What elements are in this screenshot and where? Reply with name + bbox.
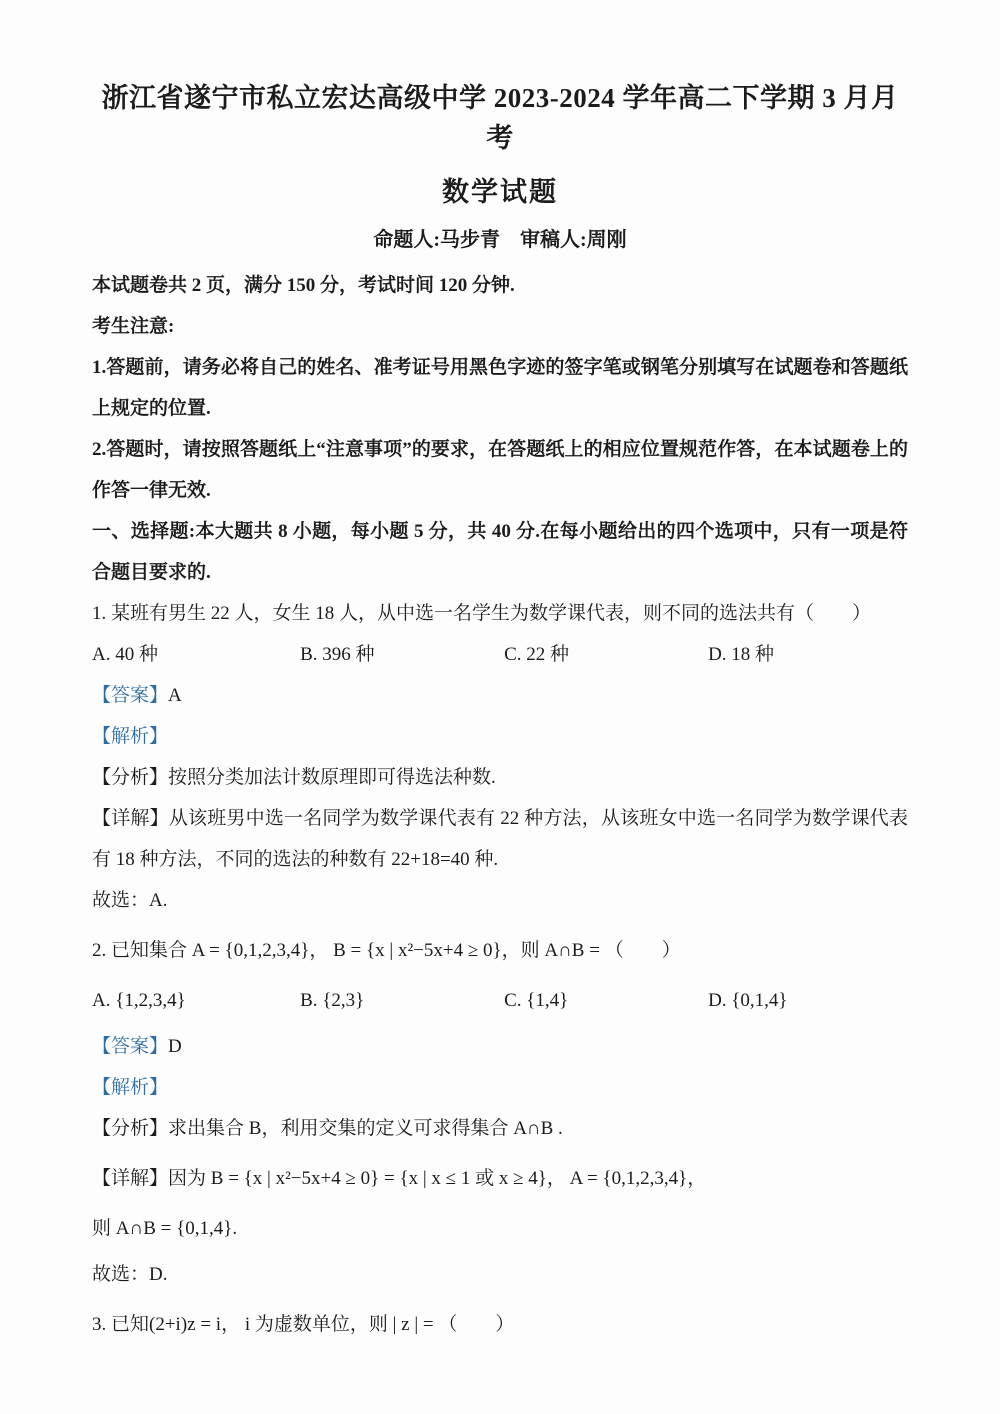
question-1-detail-line: 【详解】从该班男中选一名同学为数学课代表有 22 种方法，从该班女中选一名同学为… (92, 798, 908, 880)
question-1-option-b: B. 396 种 (300, 634, 504, 675)
xiangjie-label: 【详解】 (92, 1168, 168, 1189)
question-2-option-c: C. {1,4} (504, 980, 708, 1021)
question-1-fenxi-text: 按照分类加法计数原理即可得选法种数. (168, 767, 496, 788)
question-3-stem: 3. 已知(2+i)z = i， i 为虚数单位，则 | z | = （ ） (92, 1304, 908, 1345)
question-2-option-b: B. {2,3} (300, 980, 504, 1021)
question-1-fenxi-line: 【分析】按照分类加法计数原理即可得选法种数. (92, 757, 908, 798)
question-1-answer-line: 【答案】A (92, 675, 908, 716)
examinee-notice-heading: 考生注意: (92, 306, 908, 347)
question-2-analysis-label-line: 【解析】 (92, 1067, 908, 1108)
question-2-fenxi-text: 求出集合 B，利用交集的定义可求得集合 A∩B . (168, 1118, 563, 1139)
answer-label: 【答案】 (92, 685, 168, 706)
question-3: 3. 已知(2+i)z = i， i 为虚数单位，则 | z | = （ ） (92, 1304, 908, 1345)
fenxi-label: 【分析】 (92, 1118, 168, 1139)
notice-item-1: 1.答题前，请务必将自己的姓名、准考证号用黑色字迹的签字笔或钢笔分别填写在试题卷… (92, 347, 908, 429)
question-1-option-c: C. 22 种 (504, 634, 708, 675)
question-2-conclusion: 故选：D. (92, 1254, 908, 1295)
question-1-answer-value: A (168, 685, 182, 706)
analysis-label: 【解析】 (92, 1077, 168, 1098)
question-1: 1. 某班有男生 22 人，女生 18 人，从中选一名学生为数学课代表，则不同的… (92, 593, 908, 921)
fenxi-label: 【分析】 (92, 767, 168, 788)
question-2-detail-line-2: 则 A∩B = {0,1,4}. (92, 1208, 908, 1249)
paper-info: 本试题卷共 2 页，满分 150 分，考试时间 120 分钟. (92, 265, 908, 306)
doc-title-line2: 数学试题 (92, 174, 908, 210)
question-1-options: A. 40 种 B. 396 种 C. 22 种 D. 18 种 (92, 634, 908, 675)
question-2-option-d: D. {0,1,4} (708, 980, 908, 1021)
question-2-stem: 2. 已知集合 A = {0,1,2,3,4}， B = {x | x²−5x+… (92, 930, 908, 971)
answer-label: 【答案】 (92, 1036, 168, 1057)
question-1-option-a: A. 40 种 (92, 634, 300, 675)
xiangjie-label: 【详解】 (92, 808, 169, 829)
question-1-detail-text: 从该班男中选一名同学为数学课代表有 22 种方法，从该班女中选一名同学为数学课代… (92, 808, 908, 870)
question-2-option-a: A. {1,2,3,4} (92, 980, 300, 1021)
question-2-answer-value: D (168, 1036, 182, 1057)
question-2-detail-text-1: 因为 B = {x | x²−5x+4 ≥ 0} = {x | x ≤ 1 或 … (168, 1168, 706, 1189)
question-1-analysis-label-line: 【解析】 (92, 716, 908, 757)
exam-page: 浙江省遂宁市私立宏达高级中学 2023-2024 学年高二下学期 3 月月考 数… (0, 0, 1000, 1414)
question-2-options: A. {1,2,3,4} B. {2,3} C. {1,4} D. {0,1,4… (92, 980, 908, 1021)
analysis-label: 【解析】 (92, 726, 168, 747)
notice-item-2: 2.答题时，请按照答题纸上“注意事项”的要求，在答题纸上的相应位置规范作答，在本… (92, 429, 908, 511)
question-1-conclusion: 故选：A. (92, 880, 908, 921)
question-1-stem: 1. 某班有男生 22 人，女生 18 人，从中选一名学生为数学课代表，则不同的… (92, 593, 908, 634)
question-2: 2. 已知集合 A = {0,1,2,3,4}， B = {x | x²−5x+… (92, 930, 908, 1295)
question-2-answer-line: 【答案】D (92, 1026, 908, 1067)
question-2-fenxi-line: 【分析】求出集合 B，利用交集的定义可求得集合 A∩B . (92, 1108, 908, 1149)
question-1-option-d: D. 18 种 (708, 634, 908, 675)
question-2-detail-line-1: 【详解】因为 B = {x | x²−5x+4 ≥ 0} = {x | x ≤ … (92, 1158, 908, 1199)
byline: 命题人:马步青 审稿人:周刚 (92, 225, 908, 255)
doc-title-line1: 浙江省遂宁市私立宏达高级中学 2023-2024 学年高二下学期 3 月月考 (92, 78, 908, 158)
section-1-heading: 一、选择题:本大题共 8 小题，每小题 5 分，共 40 分.在每小题给出的四个… (92, 511, 908, 593)
